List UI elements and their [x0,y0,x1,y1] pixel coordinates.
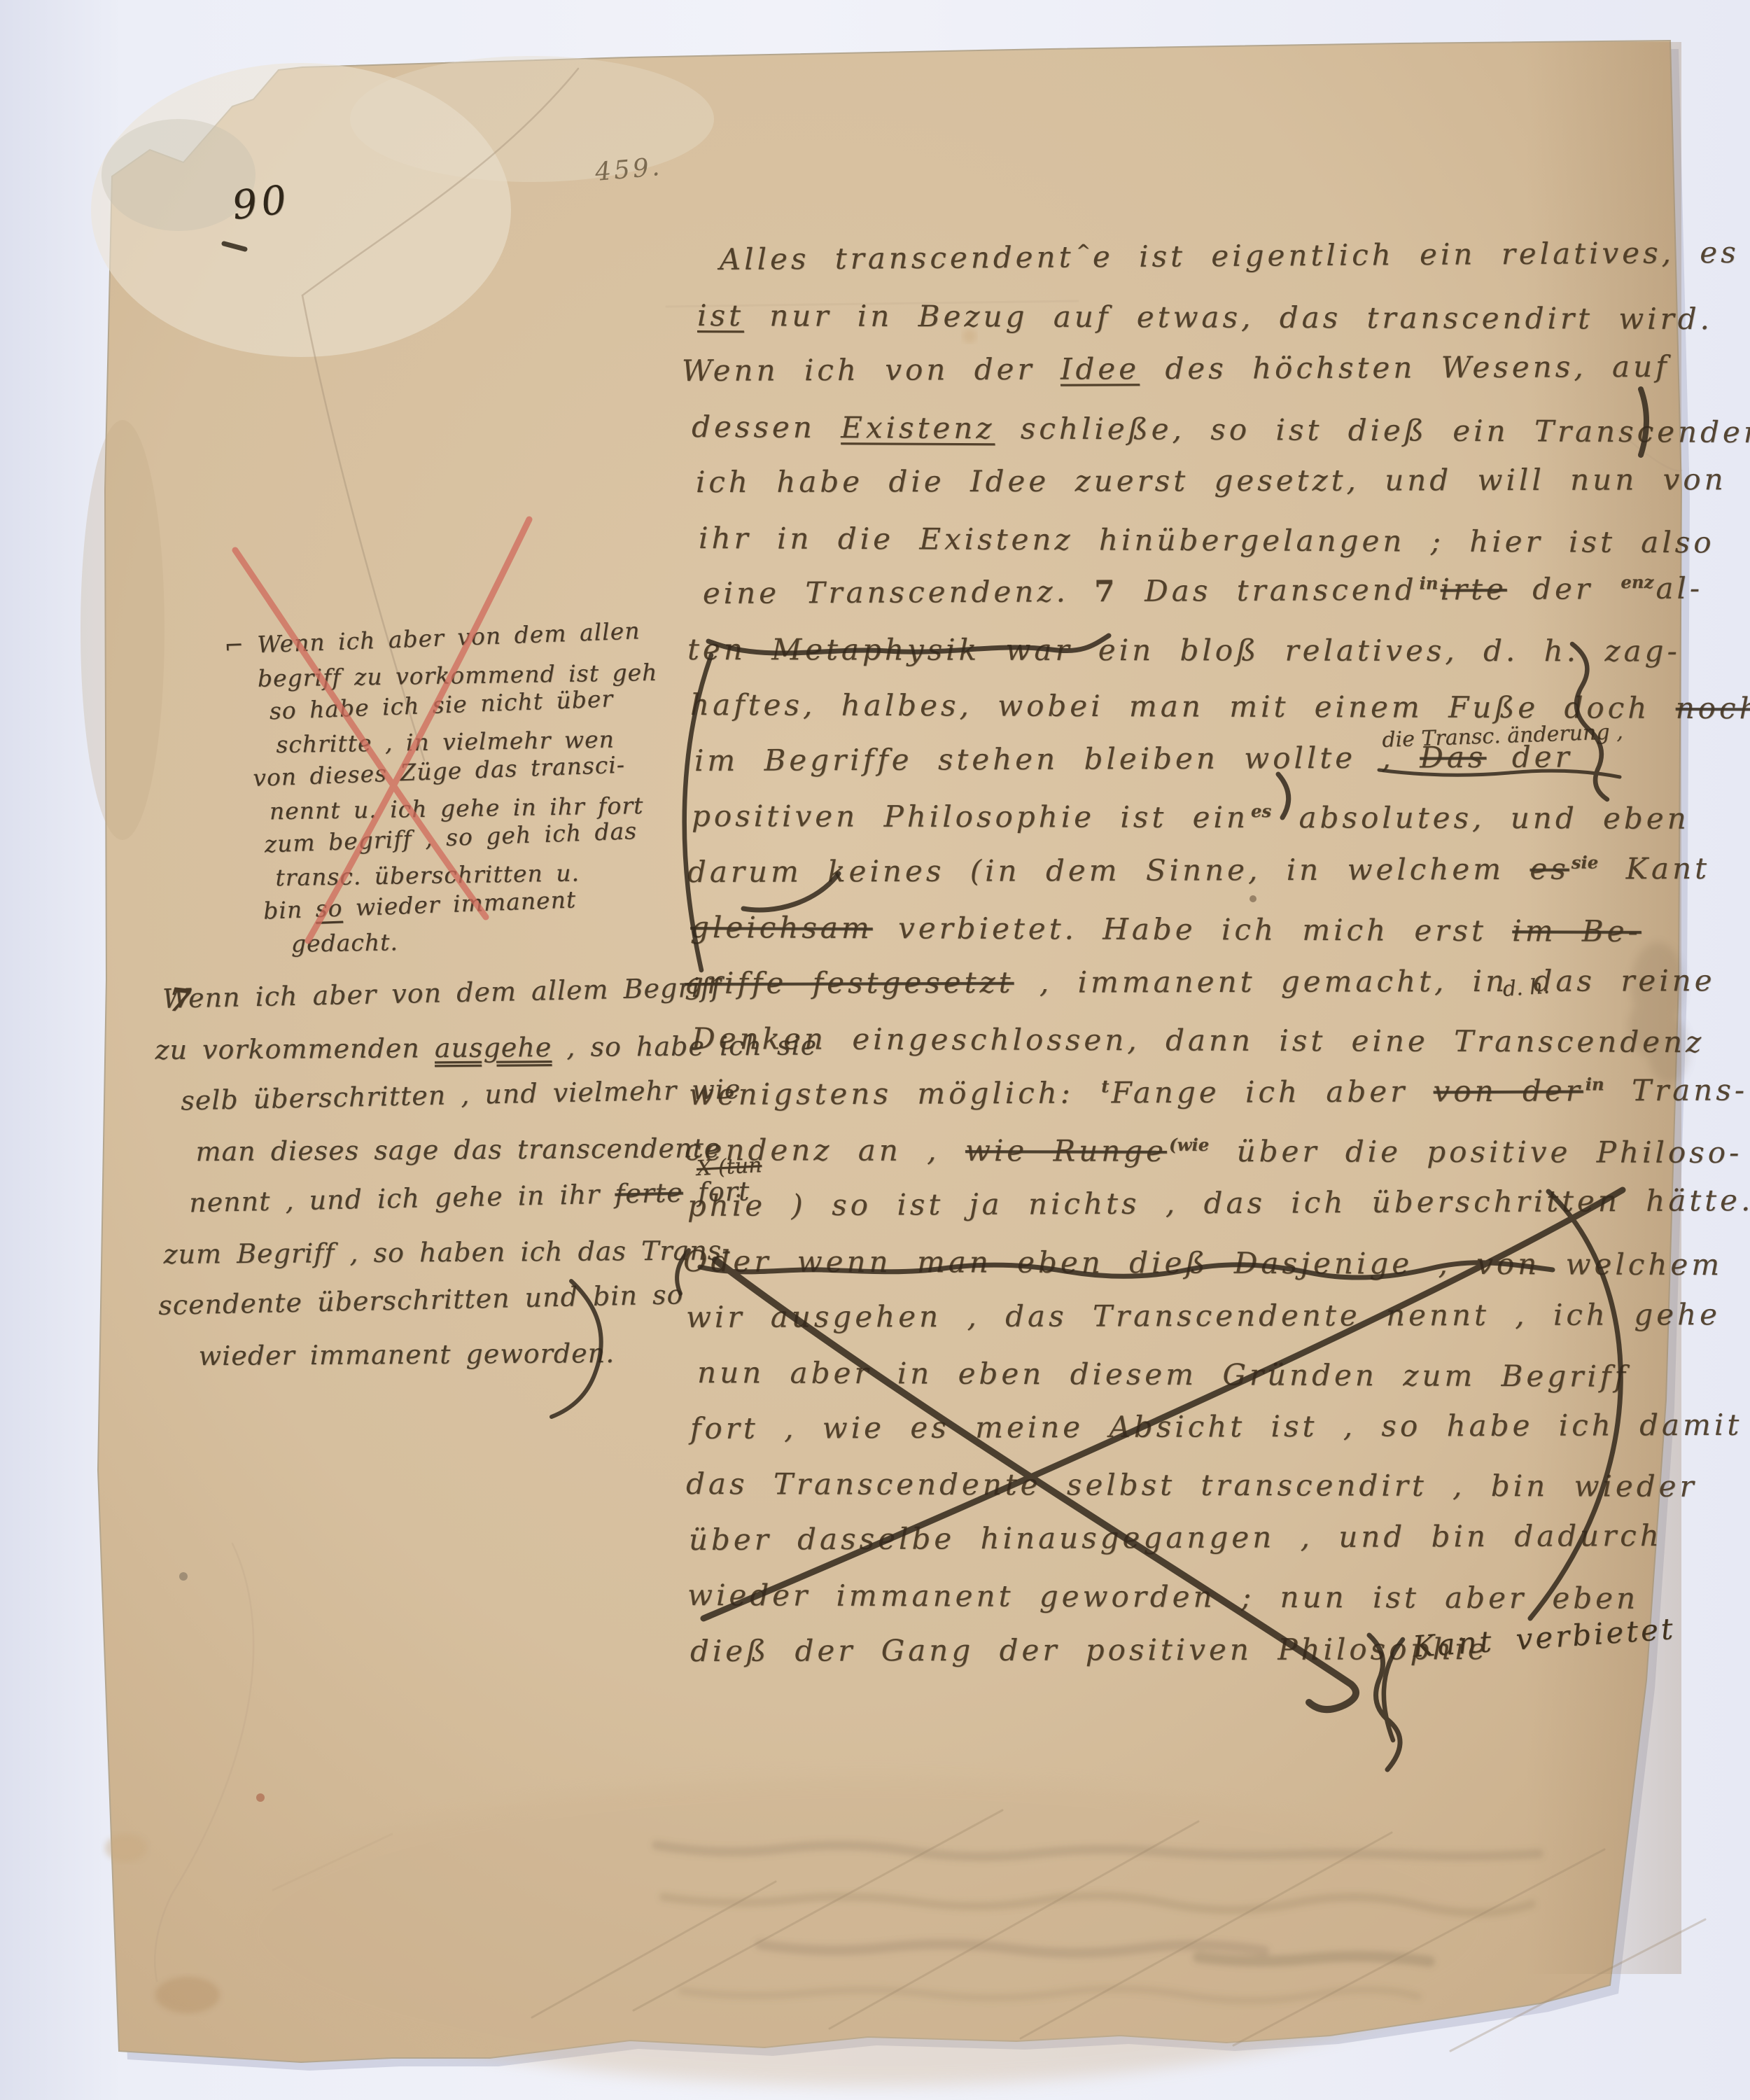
margin-note-line: bin so wieder immanent [263,885,577,924]
manuscript-line: Alles transcendent^e ist eigentlich ein … [720,235,1739,276]
page-number-ink: 90 [230,176,293,229]
manuscript-line: Oder wenn man eben dieß Dasjenige , von … [683,1244,1723,1282]
manuscript-line: nun aber in eben diesem Gründen zum Begr… [697,1355,1629,1394]
interlinear-insertion: d. h. [1502,974,1550,1002]
interlinear-insertion: die Transc. änderung , [1382,720,1623,752]
manuscript-line: haftes, halbes, wobei man mit einem Fuße… [690,687,1750,725]
manuscript-line: das Transcendente selbst transcendirt , … [686,1466,1697,1504]
manuscript-line: ihr in die Existenz hinübergelangen ; hi… [699,521,1715,559]
manuscript-line: phie ) so ist ja nichts , das ich übersc… [687,1183,1750,1223]
margin-note-line: man dieses sage das transcendente [195,1133,720,1167]
manuscript-line: eine Transcendenz. 7 Das transcendinirte… [703,571,1703,610]
manuscript-line: Denken eingeschlossen, dann ist eine Tra… [692,1021,1704,1059]
margin-note-line: nennt , und ich gehe in ihr ferte fort [189,1176,750,1219]
margin-note-line: scendente überschritten und bin so [158,1279,684,1321]
margin-note-line: transc. überschritten u. [275,859,580,891]
margin-note-line: wieder immanent geworden. [198,1338,615,1371]
manuscript-line: ten Metaphysik war ein bloß relatives, d… [687,632,1681,668]
manuscript-line: gleichsam verbietet. Habe ich mich erst … [690,910,1641,948]
interlinear-insertion: 7 [167,980,192,1020]
manuscript-line: Wenn ich von der Idee des höchsten Wesen… [682,349,1670,388]
margin-note-line: gedacht. [291,928,399,957]
page-number-pencil: 459. [594,153,663,187]
manuscript-line: wenigstens möglich: tFange ich aber von … [689,1072,1748,1112]
manuscript-line: ist nur in Bezug auf etwas, das transcen… [697,298,1713,336]
margin-note-line: zu vorkommenden ausgehe , so habe ich si… [155,1030,817,1065]
margin-note-crossed: ⌐ Wenn ich aber von dem allenbegriff zu … [224,621,667,996]
manuscript-line: darum keines (in dem Sinne, in welchem e… [687,850,1710,888]
handwriting-layer: 459. 90 Kant verbietet Alles transcenden… [0,0,1750,2100]
manuscript-line: wir ausgehen , das Transcendente nennt ,… [686,1297,1721,1334]
manuscript-line: über dasselbe hinausgegangen , und bin d… [689,1518,1662,1556]
manuscript-line: cendenz an , wie Runge(wie über die posi… [685,1133,1742,1170]
margin-note-line: zum Begriff , so haben ich das Trans- [163,1235,731,1270]
manuscript-scan: 459. 90 Kant verbietet Alles transcenden… [0,0,1750,2100]
manuscript-line: positiven Philosophie ist eines absolute… [692,799,1690,836]
manuscript-line: fort , wie es meine Absicht ist , so hab… [690,1407,1742,1445]
manuscript-line: wieder immanent geworden ; nun ist aber … [687,1578,1639,1616]
margin-note-final: Wenn ich aber von dem allem Begriffzu vo… [154,976,734,1417]
margin-note-line: selb überschritten , und vielmehr wie [181,1074,741,1116]
manuscript-line: ich habe die Idee zuerst gesetzt, und wi… [696,462,1727,499]
manuscript-line: dessen Existenz schließe, so ist dieß ei… [692,409,1750,449]
margin-note-line: ⌐ Wenn ich aber von dem allen [224,617,641,659]
interlinear-insertion: X (tun [696,1153,762,1181]
manuscript-line: griffe festgesetzt , immanent gemacht, i… [685,963,1716,1000]
manuscript-line: dieß der Gang der positiven Philosophie [690,1632,1489,1668]
